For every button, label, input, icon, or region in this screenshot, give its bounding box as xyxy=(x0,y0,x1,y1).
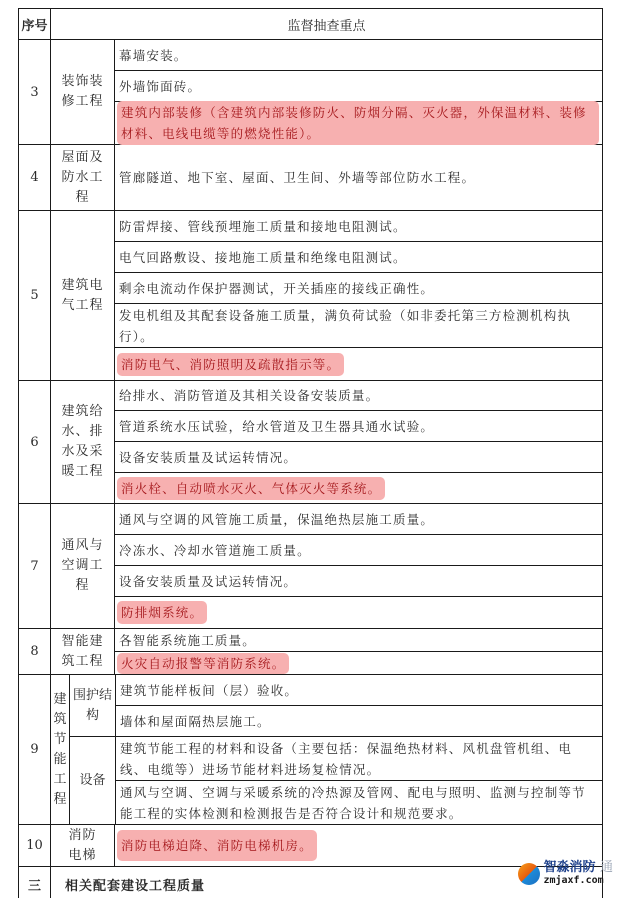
list-item: 建筑内部装修（含建筑内部装修防火、防烟分隔、灭火器，外保温材料、装修材料、电线电… xyxy=(115,102,602,144)
list-item: 幕墙安装。 xyxy=(115,40,602,71)
list-item: 发电机组及其配套设备施工质量，满负荷试验（如非委托第三方检测机构执行）。 xyxy=(115,304,602,348)
list-item: 消防电梯迫降、消防电梯机房。 xyxy=(115,825,602,866)
row-number: 8 xyxy=(19,629,51,674)
list-item: 外墙饰面砖。 xyxy=(115,71,602,102)
row-category: 屋面及防水工程 xyxy=(51,145,115,210)
row-number: 10 xyxy=(19,825,51,866)
item-text: 管道系统水压试验，给水管道及卫生器具通水试验。 xyxy=(119,416,434,437)
item-text: 冷冻水、冷却水管道施工质量。 xyxy=(119,540,311,561)
table-row: 7 通风与空调工程 通风与空调的风管施工质量，保温绝热层施工质量。 冷冻水、冷却… xyxy=(19,504,602,629)
list-item: 电气回路敷设、接地施工质量和绝缘电阻测试。 xyxy=(115,242,602,273)
watermark-tail: 通 xyxy=(600,860,613,875)
highlighted-text: 消防电气、消防照明及疏散指示等。 xyxy=(117,353,344,376)
table-row: 3 装饰装修工程 幕墙安装。 外墙饰面砖。 建筑内部装修（含建筑内部装修防火、防… xyxy=(19,40,602,145)
item-text: 各智能系统施工质量。 xyxy=(119,630,256,651)
list-item: 设备安装质量及试运转情况。 xyxy=(115,442,602,473)
item-text: 给排水、消防管道及其相关设备安装质量。 xyxy=(119,385,379,406)
row-category: 智能建筑工程 xyxy=(51,629,115,674)
subgroup-label: 设备 xyxy=(70,737,115,824)
highlighted-text: 建筑内部装修（含建筑内部装修防火、防烟分隔、灭火器，外保温材料、装修材料、电线电… xyxy=(117,101,599,145)
watermark-url: zmjaxf.com xyxy=(543,874,613,887)
item-text: 幕墙安装。 xyxy=(119,45,188,66)
highlighted-text: 火灾自动报警等消防系统。 xyxy=(117,653,289,674)
list-item: 建筑节能工程的材料和设备（主要包括：保温绝热材料、风机盘管机组、电线、电缆等）进… xyxy=(116,737,602,781)
list-item: 各智能系统施工质量。 xyxy=(115,629,602,652)
table-row: 5 建筑电气工程 防雷焊接、管线预埋施工质量和接地电阻测试。 电气回路敷设、接地… xyxy=(19,211,602,381)
item-text: 剩余电流动作保护器测试，开关插座的接线正确性。 xyxy=(119,278,434,299)
watermark: 智淼消防 通 zmjaxf.com xyxy=(518,861,613,887)
subgroup-label: 围护结构 xyxy=(70,675,115,737)
watermark-name: 智淼消防 xyxy=(543,860,595,875)
list-item: 通风与空调的风管施工质量，保温绝热层施工质量。 xyxy=(115,504,602,535)
row-category: 装饰装修工程 xyxy=(51,40,115,144)
list-item: 消防电气、消防照明及疏散指示等。 xyxy=(115,348,602,380)
highlighted-text: 消防电梯迫降、消防电梯机房。 xyxy=(117,830,317,861)
highlighted-text: 消火栓、自动喷水灭火、气体灭火等系统。 xyxy=(117,477,385,500)
inspection-table: 序号 监督抽查重点 3 装饰装修工程 幕墙安装。 外墙饰面砖。 建筑内部装修（含… xyxy=(18,8,603,898)
row-category: 建筑电气工程 xyxy=(51,211,115,380)
row-category: 通风与空调工程 xyxy=(51,504,115,628)
item-text: 通风与空调、空调与采暖系统的冷热源及管网、配电与照明、监测与控制等节能工程的实体… xyxy=(120,782,598,824)
list-item: 给排水、消防管道及其相关设备安装质量。 xyxy=(115,381,602,411)
table-row: 4 屋面及防水工程 管廊隧道、地下室、屋面、卫生间、外墙等部位防水工程。 xyxy=(19,145,602,211)
item-text: 建筑节能工程的材料和设备（主要包括：保温绝热材料、风机盘管机组、电线、电缆等）进… xyxy=(120,738,598,780)
row-number: 4 xyxy=(19,145,51,210)
row-category: 建筑节能工程 xyxy=(51,675,70,824)
row-category: 建筑给水、排水及采暖工程 xyxy=(51,381,115,503)
list-item: 防雷焊接、管线预埋施工质量和接地电阻测试。 xyxy=(115,211,602,242)
list-item: 管道系统水压试验，给水管道及卫生器具通水试验。 xyxy=(115,411,602,442)
item-text: 电气回路敷设、接地施工质量和绝缘电阻测试。 xyxy=(119,247,407,268)
row-number: 3 xyxy=(19,40,51,144)
item-text: 外墙饰面砖。 xyxy=(119,76,201,97)
item-text: 建筑节能样板间（层）验收。 xyxy=(120,680,298,701)
header-title: 监督抽查重点 xyxy=(51,9,602,39)
section-row: 三 相关配套建设工程质量 xyxy=(19,867,602,898)
table-header: 序号 监督抽查重点 xyxy=(19,9,602,40)
item-text: 管廊隧道、地下室、屋面、卫生间、外墙等部位防水工程。 xyxy=(119,167,475,188)
row-number: 5 xyxy=(19,211,51,380)
item-text: 发电机组及其配套设备施工质量，满负荷试验（如非委托第三方检测机构执行）。 xyxy=(119,305,598,347)
row-number: 7 xyxy=(19,504,51,628)
list-item: 设备安装质量及试运转情况。 xyxy=(115,566,602,597)
table-row: 6 建筑给水、排水及采暖工程 给排水、消防管道及其相关设备安装质量。 管道系统水… xyxy=(19,381,602,504)
table-row: 10 消防电梯 消防电梯迫降、消防电梯机房。 xyxy=(19,825,602,867)
row-number: 9 xyxy=(19,675,51,824)
table-row: 9 建筑节能工程 围护结构 设备 建筑节能样板间（层）验收。 墙体和屋面隔热层施… xyxy=(19,675,602,825)
list-item: 建筑节能样板间（层）验收。 xyxy=(116,675,602,706)
list-item: 冷冻水、冷却水管道施工质量。 xyxy=(115,535,602,566)
item-text: 设备安装质量及试运转情况。 xyxy=(119,447,297,468)
section-number: 三 xyxy=(19,867,51,898)
list-item: 剩余电流动作保护器测试，开关插座的接线正确性。 xyxy=(115,273,602,304)
item-text: 防雷焊接、管线预埋施工质量和接地电阻测试。 xyxy=(119,216,407,237)
list-item: 防排烟系统。 xyxy=(115,597,602,628)
row-category: 消防电梯 xyxy=(51,825,115,866)
list-item: 火灾自动报警等消防系统。 xyxy=(115,652,602,674)
item-text: 设备安装质量及试运转情况。 xyxy=(119,571,297,592)
table-row: 8 智能建筑工程 各智能系统施工质量。 火灾自动报警等消防系统。 xyxy=(19,629,602,675)
list-item: 消火栓、自动喷水灭火、气体灭火等系统。 xyxy=(115,473,602,503)
item-text: 通风与空调的风管施工质量，保温绝热层施工质量。 xyxy=(119,509,434,530)
list-item: 通风与空调、空调与采暖系统的冷热源及管网、配电与照明、监测与控制等节能工程的实体… xyxy=(116,781,602,824)
row-number: 6 xyxy=(19,381,51,503)
list-item: 管廊隧道、地下室、屋面、卫生间、外墙等部位防水工程。 xyxy=(115,145,602,210)
highlighted-text: 防排烟系统。 xyxy=(117,601,207,624)
list-item: 墙体和屋面隔热层施工。 xyxy=(116,706,602,737)
brand-logo-icon xyxy=(518,863,540,885)
item-text: 墙体和屋面隔热层施工。 xyxy=(120,711,271,732)
header-no: 序号 xyxy=(19,9,51,39)
